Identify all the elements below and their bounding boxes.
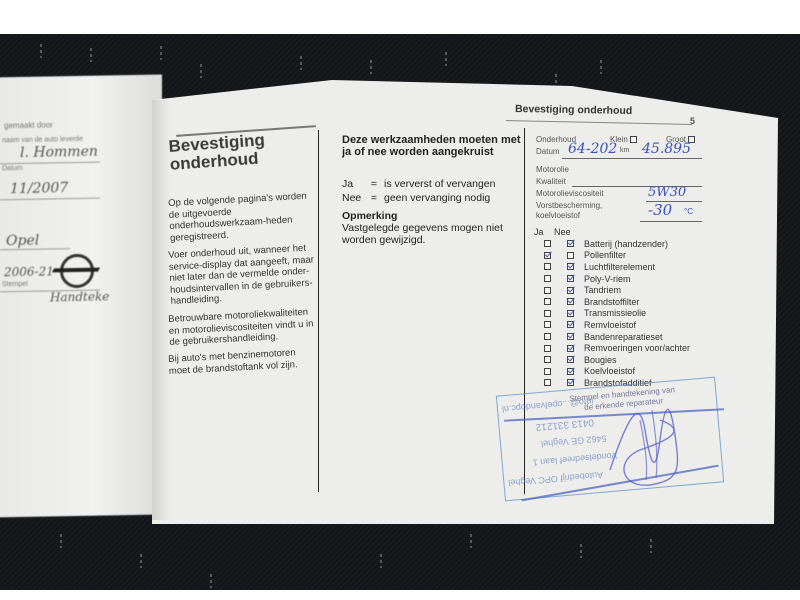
checklist-label: Pollenfilter xyxy=(584,250,626,260)
ja-checkbox[interactable] xyxy=(544,321,551,328)
nee-checkbox[interactable] xyxy=(567,368,574,375)
checklist-label: Poly-V-riem xyxy=(584,274,631,284)
koelvloeistof-row: koelvloeistof -30 °C xyxy=(536,211,706,223)
checklist-label: Luchtfilterelement xyxy=(584,262,655,272)
nee-checkbox[interactable] xyxy=(567,298,574,305)
km-label: km xyxy=(620,147,629,154)
handwritten-name: l. Hommen xyxy=(20,144,98,161)
nee-checkbox[interactable] xyxy=(567,321,574,328)
ja-checkbox[interactable] xyxy=(544,298,551,305)
checklist-row: Luchtfilterelement xyxy=(544,261,690,273)
left-page: gemaakt door naam van de auto leverde l.… xyxy=(0,74,162,517)
intro-paragraph: Op de volgende pagina's worden de uitgev… xyxy=(168,190,320,244)
checklist-label: Batterij (handzender) xyxy=(584,239,668,249)
ja-checkbox[interactable] xyxy=(544,333,551,340)
instructions-column: Deze werkzaamheden moeten met ja of nee … xyxy=(342,134,522,246)
koelvloeistof-label: koelvloeistof xyxy=(536,211,580,220)
checklist-row: Batterij (handzender) xyxy=(544,238,690,250)
checklist-label: Bougies xyxy=(584,355,617,365)
kwaliteit-label: Kwaliteit xyxy=(536,177,566,186)
nee-checkbox[interactable] xyxy=(567,263,574,270)
vorst-row: Vorstbescherming, xyxy=(536,201,706,211)
form-header-title: Bevestiging onderhoud xyxy=(515,103,632,117)
checklist-row: Brandstoffilter xyxy=(544,296,690,308)
vorst-value[interactable]: -30 xyxy=(648,201,672,219)
checklist-label: Remvloeistof xyxy=(584,320,636,330)
ja-checkbox[interactable] xyxy=(544,310,551,317)
checklist-label: Remvoeringen voor/achter xyxy=(584,343,690,353)
definition-value: is ververst of vervangen xyxy=(384,178,495,190)
viscositeit-row: Motorolieviscositeit 5W30 xyxy=(536,189,706,201)
nee-checkbox[interactable] xyxy=(567,310,574,317)
handwritten-date-2: 2006-21 xyxy=(4,264,54,279)
ja-checkbox[interactable] xyxy=(544,379,551,386)
col-nee-label: Nee xyxy=(554,227,571,237)
remark-text: Vastgelegde gegevens mogen niet worden g… xyxy=(342,222,522,246)
vorst-unit: °C xyxy=(684,207,693,216)
instructions-heading: Deze werkzaamheden moeten met ja of nee … xyxy=(342,134,522,158)
definition-ja: Ja = is ververst of vervangen xyxy=(342,178,522,190)
definition-nee: Nee = geen vervanging nodig xyxy=(342,192,522,204)
nee-checkbox[interactable] xyxy=(567,252,574,259)
checklist: Batterij (handzender)PollenfilterLuchtfi… xyxy=(544,238,690,389)
col-ja-label: Ja xyxy=(534,227,544,237)
datum-label: Datum xyxy=(536,147,560,156)
viscositeit-label: Motorolieviscositeit xyxy=(536,189,604,198)
handwritten-date: 11/2007 xyxy=(10,180,68,197)
opel-logo-icon xyxy=(60,254,94,289)
viscositeit-value[interactable]: 5W30 xyxy=(648,185,686,200)
checklist-label: Transmissieolie xyxy=(584,308,646,318)
checklist-label: Brandstoffilter xyxy=(584,297,639,307)
nee-checkbox[interactable] xyxy=(567,379,574,386)
handwritten-dealer: Opel xyxy=(6,233,39,250)
ja-checkbox[interactable] xyxy=(544,368,551,375)
checklist-label: Koelvloeistof xyxy=(584,366,635,376)
definition-value: geen vervanging nodig xyxy=(384,192,490,204)
label-date: Datum xyxy=(2,165,23,172)
nee-checkbox[interactable] xyxy=(567,356,574,363)
checklist-row: Remvoeringen voor/achter xyxy=(544,342,690,354)
ja-checkbox[interactable] xyxy=(544,356,551,363)
ja-checkbox[interactable] xyxy=(544,275,551,282)
vorst-label: Vorstbescherming, xyxy=(536,201,602,210)
stamp-line: 5462 GE Veghel xyxy=(541,433,607,449)
definition-key: Nee xyxy=(342,192,364,204)
stamp-line: Autobedrijf OPC Veghel xyxy=(508,470,604,488)
checklist-row: Pollenfilter xyxy=(544,250,690,262)
nee-checkbox[interactable] xyxy=(567,333,574,340)
checklist-row: Transmissieolie xyxy=(544,308,690,320)
definition-eq: = xyxy=(364,178,384,190)
checklist-header: Ja Nee xyxy=(534,227,571,237)
nee-checkbox[interactable] xyxy=(567,275,574,282)
klein-checkbox[interactable] xyxy=(630,136,637,143)
ja-checkbox[interactable] xyxy=(544,263,551,270)
km-value[interactable]: 45.895 xyxy=(642,141,691,157)
intro-title: Bevestiging onderhoud xyxy=(168,128,320,174)
maintenance-form: Onderhoud Klein Groot Datum 64-202 km 45… xyxy=(536,135,706,223)
intro-paragraph: Bij auto's met benzinemotoren moet de br… xyxy=(168,346,319,377)
ja-checkbox[interactable] xyxy=(544,240,551,247)
label-dealer: naam van de auto leverde xyxy=(2,136,83,144)
nee-checkbox[interactable] xyxy=(567,240,574,247)
checklist-label: Tandriem xyxy=(584,285,621,295)
checklist-row: Koelvloeistof xyxy=(544,366,690,378)
ja-checkbox[interactable] xyxy=(544,287,551,294)
checklist-row: Bougies xyxy=(544,354,690,366)
label-signature: Stempel xyxy=(2,281,28,288)
datum-value[interactable]: 64-202 xyxy=(568,141,617,157)
remark-title: Opmerking xyxy=(342,210,522,222)
handwritten-signature: Handteke xyxy=(50,289,109,304)
signature-icon xyxy=(600,390,690,490)
datum-row: Datum 64-202 km 45.895 xyxy=(536,147,706,159)
nee-checkbox[interactable] xyxy=(567,345,574,352)
label-made-by: gemaakt door xyxy=(4,120,53,130)
intro-paragraph: Betrouwbare motoroliekwaliteiten en moto… xyxy=(168,306,320,348)
checklist-row: Tandriem xyxy=(544,284,690,296)
checklist-row: Poly-V-riem xyxy=(544,273,690,285)
motorolie-label: Motorolie xyxy=(536,165,569,174)
definition-eq: = xyxy=(364,192,384,204)
ja-checkbox[interactable] xyxy=(544,345,551,352)
checklist-row: Bandenreparatieset xyxy=(544,331,690,343)
checklist-row: Remvloeistof xyxy=(544,319,690,331)
ja-checkbox[interactable] xyxy=(544,252,551,259)
intro-paragraph: Voer onderhoud uit, wanneer het service-… xyxy=(168,242,321,307)
definition-key: Ja xyxy=(342,178,364,190)
checklist-label: Bandenreparatieset xyxy=(584,332,663,342)
column-divider xyxy=(318,130,319,492)
stamp-line: info@...opelvandopc.nl xyxy=(502,396,594,414)
motorolie-row: Motorolie xyxy=(536,165,706,177)
intro-column: Bevestiging onderhoud Op de volgende pag… xyxy=(168,138,318,377)
nee-checkbox[interactable] xyxy=(567,287,574,294)
